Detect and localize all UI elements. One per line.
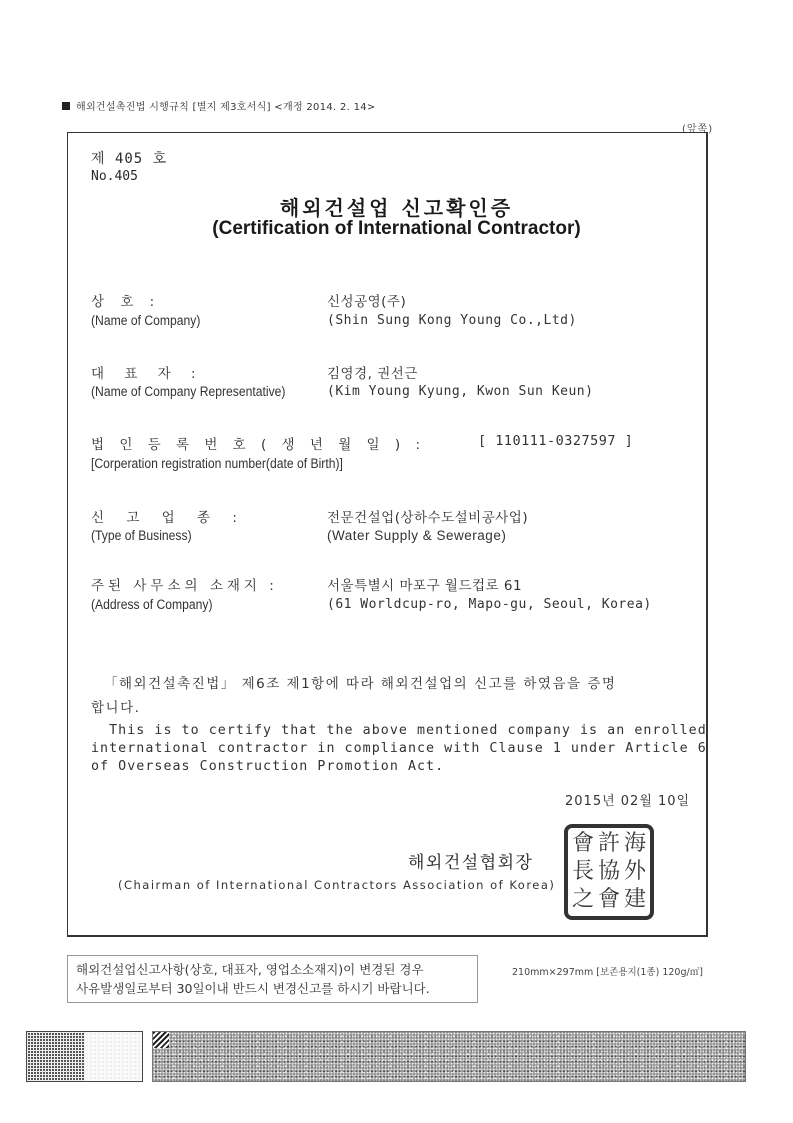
- representative-value-ko: 김영경, 권선근: [327, 362, 418, 382]
- certificate-title-ko: 해외건설업 신고확인증: [0, 192, 793, 221]
- statement-ko-line1: 「해외건설촉진법」 제6조 제1항에 따라 해외건설업의 신고를 하였음을 증명: [104, 672, 616, 692]
- seal-char: 外: [622, 858, 648, 886]
- issuer-title-ko: 해외건설협회장: [408, 848, 533, 873]
- business-type-label-en: (Type of Business): [91, 528, 192, 543]
- representative-value-en: (Kim Young Kyung, Kwon Sun Keun): [327, 384, 593, 399]
- certificate-title-en: (Certification of International Contract…: [0, 218, 793, 240]
- form-reference-header: 해외건설촉진법 시행규칙 [별지 제3호서식] <개정 2014. 2. 14>: [62, 98, 376, 113]
- business-type-value-ko: 전문건설업(상하수도설비공사업): [327, 506, 528, 526]
- statement-en-line2: international contractor in compliance w…: [91, 741, 707, 756]
- certificate-number-ko: 제 405 호: [91, 148, 167, 168]
- issuer-title-en: (Chairman of International Contractors A…: [118, 878, 555, 892]
- certificate-number-en: No.405: [91, 169, 138, 184]
- paper-spec: 210mm×297mm [보존용지(1종) 120g/㎡]: [512, 964, 703, 978]
- address-value-ko: 서울특별시 마포구 월드컵로 61: [327, 574, 522, 594]
- change-notice-box: 해외건설업신고사항(상호, 대표자, 영업소소재지)이 변경된 경우 사유발생일…: [67, 955, 478, 1003]
- security-light-pattern: [85, 1032, 142, 1081]
- business-type-label-ko: 신 고 업 종 :: [91, 506, 246, 526]
- seal-char: 許: [596, 830, 622, 858]
- change-notice-line1: 해외건설업신고사항(상호, 대표자, 영업소소재지)이 변경된 경우: [76, 960, 469, 979]
- seal-char: 會: [596, 886, 622, 914]
- statement-en-line3: of Overseas Construction Promotion Act.: [91, 759, 444, 774]
- seal-char: 長: [570, 858, 596, 886]
- representative-label-en: (Name of Company Representative): [91, 384, 285, 399]
- company-name-label-ko: 상 호 :: [91, 290, 160, 310]
- hatch-corner-icon: [153, 1032, 169, 1048]
- registration-number-label-en: [Corperation registration number(date of…: [91, 456, 343, 471]
- change-notice-line2: 사유발생일로부터 30일이내 반드시 변경신고를 하시기 바랍니다.: [76, 979, 469, 998]
- form-reference-text: 해외건설촉진법 시행규칙 [별지 제3호서식] <개정 2014. 2. 14>: [76, 102, 376, 113]
- representative-label-ko: 대 표 자 :: [91, 362, 204, 382]
- seal-char: 之: [570, 886, 596, 914]
- security-pattern-grid: [26, 1031, 143, 1082]
- registration-number-value: [ 110111-0327597 ]: [478, 433, 633, 449]
- square-bullet-icon: [62, 102, 70, 110]
- seal-char: 建: [622, 886, 648, 914]
- official-seal-icon: 會 許 海 長 協 外 之 會 建: [564, 824, 654, 920]
- seal-char: 會: [570, 830, 596, 858]
- security-grid-pattern: [27, 1032, 85, 1081]
- company-name-label-en: (Name of Company): [91, 313, 200, 328]
- address-value-en: (61 Worldcup-ro, Mapo-gu, Seoul, Korea): [327, 597, 652, 612]
- security-noise-strip: [152, 1031, 746, 1082]
- address-label-ko: 주된 사무소의 소재지 :: [91, 574, 278, 594]
- statement-en-line1: This is to certify that the above mentio…: [91, 723, 707, 738]
- address-label-en: (Address of Company): [91, 597, 213, 612]
- business-type-value-en: (Water Supply & Sewerage): [327, 528, 506, 543]
- issue-date: 2015년 02월 10일: [565, 790, 690, 809]
- statement-ko-line2: 합니다.: [91, 696, 140, 716]
- seal-char: 海: [622, 830, 648, 858]
- registration-number-label-ko: 법 인 등 록 번 호 ( 생 년 월 일 ) :: [91, 433, 426, 453]
- company-name-value-ko: 신성공영(주): [327, 290, 406, 310]
- seal-char: 協: [596, 858, 622, 886]
- company-name-value-en: (Shin Sung Kong Young Co.,Ltd): [327, 313, 577, 328]
